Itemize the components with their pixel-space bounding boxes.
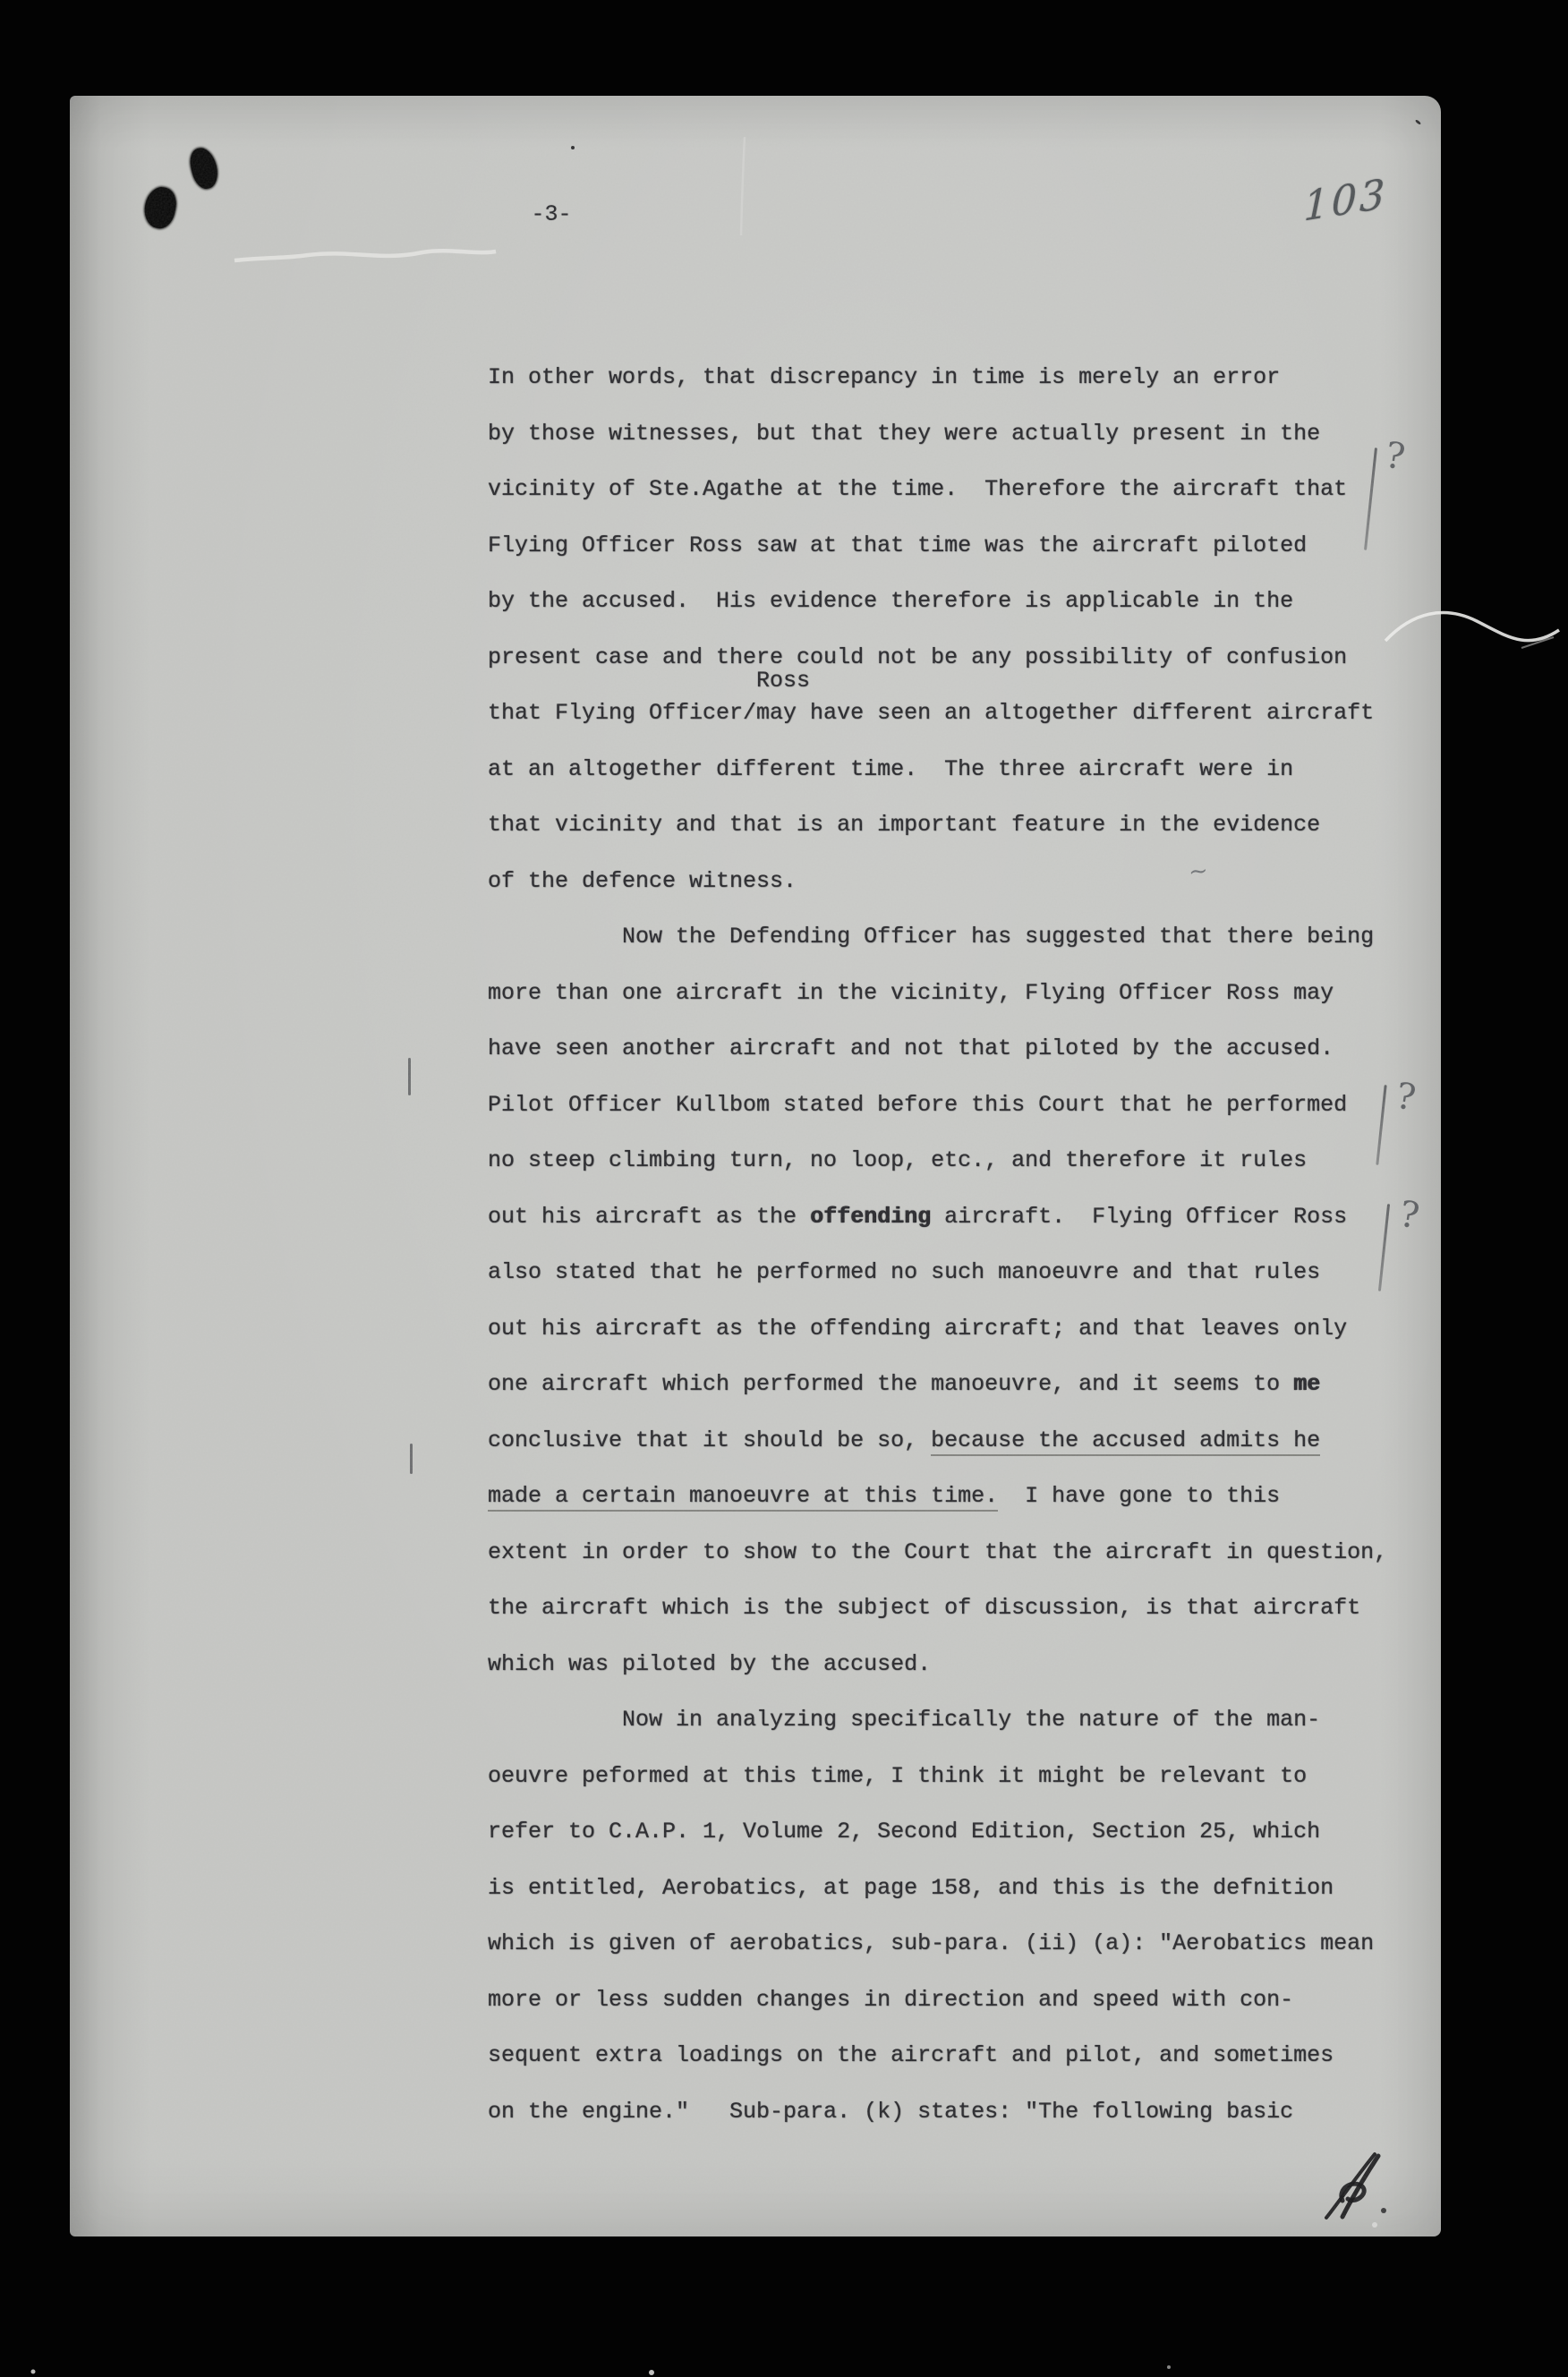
ink-speck: [571, 146, 575, 149]
handwritten-initial-mark: [1316, 2143, 1405, 2233]
pencil-slash: [1364, 447, 1377, 550]
text-line: refer to C.A.P. 1, Volume 2, Second Edit…: [488, 1819, 1320, 1849]
text-line: conclusive that it should be so, because…: [488, 1427, 1320, 1458]
text-line: by those witnesses, but that they were a…: [488, 421, 1320, 451]
text-line: on the engine." Sub-para. (k) states: "T…: [488, 2099, 1293, 2129]
question-mark: ?: [1383, 435, 1408, 479]
text-line: In other words, that discrepancy in time…: [488, 364, 1280, 395]
text-line: more or less sudden changes in direction…: [488, 1987, 1293, 2017]
document-page: -3- 103 In other words, that discrepancy…: [70, 96, 1441, 2236]
text-line: Now the Defending Officer has suggested …: [488, 924, 1374, 954]
text-line: out his aircraft as the offending aircra…: [488, 1204, 1347, 1234]
text-line: that vicinity and that is an important f…: [488, 812, 1320, 842]
pencil-slash: [1378, 1204, 1390, 1291]
pencil-slash: [1376, 1085, 1386, 1165]
text-line: no steep climbing turn, no loop, etc., a…: [488, 1147, 1307, 1178]
text-line: which is given of aerobatics, sub-para. …: [488, 1930, 1374, 1961]
text-line: vicinity of Ste.Agathe at the time. Ther…: [488, 476, 1347, 507]
text-line: of the defence witness.: [488, 868, 797, 899]
text-line: Now in analyzing specifically the nature…: [488, 1707, 1320, 1737]
text-line: one aircraft which performed the manoeuv…: [488, 1371, 1320, 1401]
question-mark: ?: [1397, 1194, 1422, 1238]
text-line: Pilot Officer Kullbom stated before this…: [488, 1092, 1347, 1122]
text-line: more than one aircraft in the vicinity, …: [488, 980, 1334, 1010]
text-line: sequent extra loadings on the aircraft a…: [488, 2042, 1334, 2073]
text-line: extent in order to show to the Court tha…: [488, 1539, 1387, 1570]
text-line: is entitled, Aerobatics, at page 158, an…: [488, 1875, 1334, 1905]
stray-pencil-squiggle: ~: [1187, 857, 1209, 886]
question-mark: ?: [1393, 1076, 1419, 1120]
handwritten-folio-number: 103: [1303, 169, 1388, 231]
stray-pencil-tick: [410, 1444, 413, 1474]
text-line: at an altogether different time. The thr…: [488, 756, 1293, 787]
page-number: -3-: [516, 201, 587, 228]
ink-blot: [187, 145, 221, 191]
ink-dot: [1381, 2208, 1386, 2213]
stray-pencil-tick: [408, 1058, 411, 1095]
ink-blot: [141, 184, 180, 231]
text-line: the aircraft which is the subject of dis…: [488, 1595, 1360, 1625]
text-line: which was piloted by the accused.: [488, 1651, 931, 1682]
ink-speck: [1415, 119, 1421, 125]
inserted-word: Ross: [756, 668, 810, 694]
text-line: have seen another aircraft and not that …: [488, 1035, 1334, 1066]
text-line: oeuvre peformed at this time, I think it…: [488, 1763, 1307, 1793]
text-line: by the accused. His evidence therefore i…: [488, 588, 1293, 618]
text-line: that Flying Officer/may have seen an alt…: [488, 700, 1374, 730]
text-line: made a certain manoeuvre at this time. I…: [488, 1483, 1280, 1513]
text-line: present case and there could not be any …: [488, 644, 1347, 675]
text-line: Flying Officer Ross saw at that time was…: [488, 532, 1307, 563]
text-line: out his aircraft as the offending aircra…: [488, 1316, 1347, 1346]
text-line: also stated that he performed no such ma…: [488, 1259, 1320, 1290]
scanned-document-photo: { "page": { "number": "-3-", "folio": "1…: [0, 0, 1568, 2377]
